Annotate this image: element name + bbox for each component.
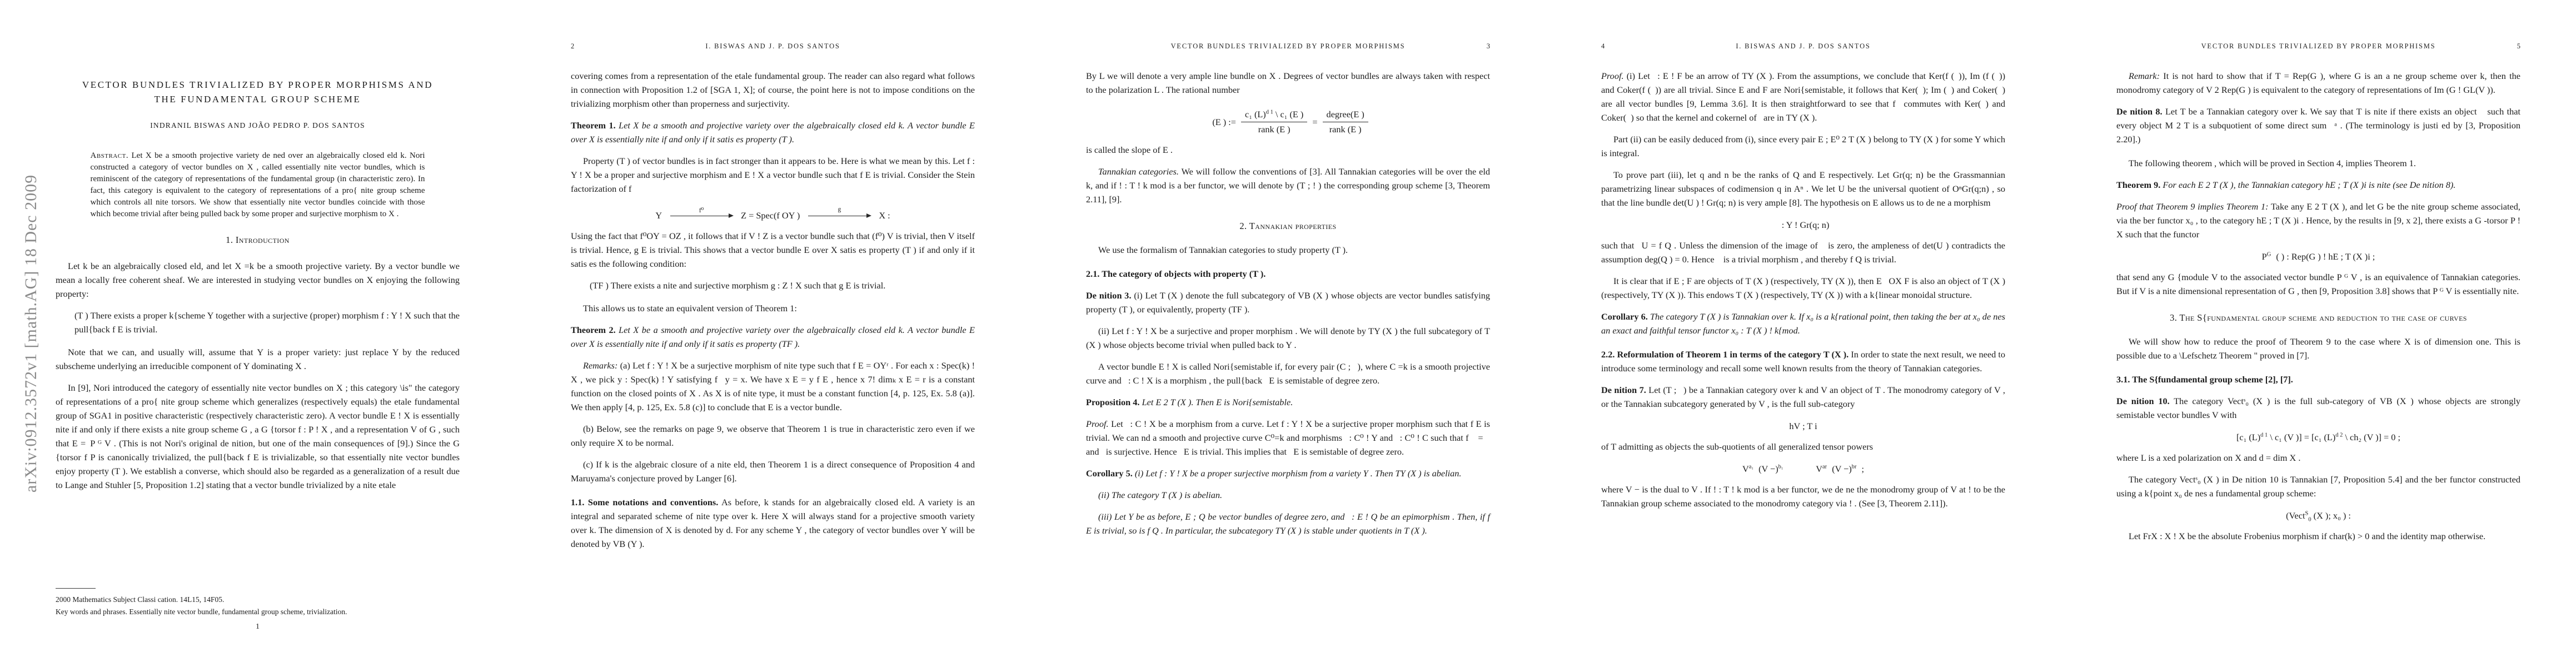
definition-label: De nition 8. bbox=[2116, 106, 2163, 117]
paragraph: covering comes from a representation of … bbox=[571, 69, 975, 111]
paragraph: By L we will denote a very ample line bu… bbox=[1086, 69, 1490, 97]
section-heading-s-fundamental: 3. The S{fundamental group scheme and re… bbox=[2116, 312, 2520, 323]
paragraph: Property (T ) of vector bundles is in fa… bbox=[571, 154, 975, 196]
lead-label: Tannakian categories. bbox=[1098, 166, 1179, 177]
definition-label: De nition 7. bbox=[1601, 385, 1646, 395]
paragraph: where L is a xed polarization on X and d… bbox=[2116, 451, 2520, 465]
text-run: [c₁ (L) bbox=[2236, 432, 2260, 442]
fraction: c₁ (L)d 1 \ c₁ (E ) rank (E ) bbox=[1241, 109, 1307, 135]
page-2: 2 I. BISWAS AND J. P. DOS SANTOS coverin… bbox=[515, 0, 1030, 667]
diagram-target: X : bbox=[879, 210, 890, 221]
proof: Proof. Let : C ! X be a morphism from a … bbox=[1086, 417, 1490, 459]
fraction-numerator: degree(E ) bbox=[1323, 109, 1368, 122]
property-t-item: (T ) There exists a proper k{scheme Y to… bbox=[56, 308, 460, 336]
fundamental-group-scheme-formula: (VectS0 (X ); x₀ ) : bbox=[2116, 510, 2520, 521]
remarks-label: Remarks: bbox=[583, 360, 617, 371]
definition-text: Let T be a Tannakian category over k. We… bbox=[2116, 106, 2520, 145]
paragraph: (b) Below, see the remarks on page 9, we… bbox=[571, 422, 975, 450]
functor-formula: PG ( ) : Rep(G ) ! hE ; T (X )i ; bbox=[2116, 251, 2520, 262]
arrow-label: f⁰ bbox=[697, 206, 705, 214]
corollary-6: Corollary 6. The category T (X ) is Tann… bbox=[1601, 310, 2005, 337]
footnote-msc: 2000 Mathematics Subject Classi cation. … bbox=[56, 594, 460, 606]
definition-text: Let (T ; ) be a Tannakian category over … bbox=[1601, 385, 2005, 409]
paper-title: VECTOR BUNDLES TRIVIALIZED BY PROPER MOR… bbox=[56, 78, 460, 107]
page-4: 4 I. BISWAS AND J. P. DOS SANTOS Proof. … bbox=[1546, 0, 2061, 667]
proof-label: Proof. bbox=[1601, 71, 1624, 81]
corollary-label: Corollary 6. bbox=[1601, 311, 1648, 322]
authors: INDRANIL BISWAS AND JOÃO PEDRO P. DOS SA… bbox=[56, 121, 460, 130]
exponent: br bbox=[1852, 464, 1857, 470]
proof: Proof. (i) Let : E ! F be an arrow of TY… bbox=[1601, 69, 2005, 125]
exponent: d 1 bbox=[1266, 109, 1273, 116]
section-heading-introduction: 1. Introduction bbox=[56, 235, 460, 246]
running-head: VECTOR BUNDLES TRIVIALIZED BY PROPER MOR… bbox=[1086, 42, 1490, 52]
running-head-title: VECTOR BUNDLES TRIVIALIZED BY PROPER MOR… bbox=[1086, 42, 1490, 51]
text-run: PG bbox=[2262, 251, 2271, 262]
remarks-text: (a) Let f : Y ! X be a surjective morphi… bbox=[571, 360, 975, 412]
definition-label: De nition 10. bbox=[2116, 396, 2170, 406]
paragraph: Tannakian categories. We will follow the… bbox=[1086, 165, 1490, 206]
subsection-label: 2.2. Reformulation of Theorem 1 in terms… bbox=[1601, 349, 1848, 360]
paragraph: Part (ii) can be easily deduced from (i)… bbox=[1601, 132, 2005, 160]
paragraph: (iii) Let Y be as before, E ; Q be vecto… bbox=[1086, 510, 1490, 537]
text-run: [c₁ (L)d 1 \ c₁ (V )] = [c₁ (L)d 2 \ ch₂… bbox=[2236, 432, 2400, 443]
exponent: S bbox=[2305, 511, 2309, 517]
slope-formula: (E ) := c₁ (L)d 1 \ c₁ (E ) rank (E ) = … bbox=[1086, 109, 1490, 135]
text-run: \ c₁ (V )] = [c₁ (L) bbox=[2268, 432, 2335, 442]
paragraph: is called the slope of E . bbox=[1086, 143, 1490, 157]
definition-text: (i) Let T (X ) denote the full subcatego… bbox=[1086, 290, 1490, 315]
paragraph: The category Vectˢ₀ (X ) in De nition 10… bbox=[2116, 472, 2520, 500]
theorem-2: Theorem 2. Let X be a smooth and project… bbox=[571, 323, 975, 351]
rho-formula: : Y ! Gr(q; n) bbox=[1601, 220, 2005, 231]
text-run: ; bbox=[1862, 464, 1865, 475]
fraction-numerator: c₁ (L)d 1 \ c₁ (E ) bbox=[1241, 109, 1307, 122]
subsection-1-1: 1.1. Some notations and conventions. As … bbox=[571, 495, 975, 551]
running-head-page-number: 3 bbox=[1487, 42, 1490, 51]
text-run: V bbox=[1816, 464, 1822, 474]
arxiv-watermark: arXiv:0912.3572v1 [math.AG] 18 Dec 2009 bbox=[8, 0, 54, 667]
page-number: 1 bbox=[56, 623, 460, 631]
exponent: b₁ bbox=[1778, 464, 1783, 470]
text-run: \ ch₂ (V )] = 0 ; bbox=[2343, 432, 2400, 442]
remarks-paragraph: Remarks: (a) Let f : Y ! X be a surjecti… bbox=[571, 359, 975, 414]
paragraph: Let k be an algebraically closed eld, an… bbox=[56, 259, 460, 301]
corollary-5: Corollary 5. (i) Let f : Y ! X be a prop… bbox=[1086, 466, 1490, 480]
footnote-block: 2000 Mathematics Subject Classi cation. … bbox=[56, 588, 460, 631]
text-run: P bbox=[2262, 251, 2267, 262]
text-run: (V −)br bbox=[1832, 464, 1856, 475]
exponent: a₁ bbox=[1749, 464, 1753, 470]
paragraph: such that U = f Q . Unless the dimension… bbox=[1601, 238, 2005, 266]
fraction-denominator: rank (E ) bbox=[1329, 122, 1362, 135]
chern-class-formula: [c₁ (L)d 1 \ c₁ (V )] = [c₁ (L)d 2 \ ch₂… bbox=[2116, 432, 2520, 443]
definition-7: De nition 7. Let (T ; ) be a Tannakian c… bbox=[1601, 383, 2005, 411]
paragraph: Using the fact that f⁰OY = OZ , it follo… bbox=[571, 229, 975, 271]
paragraph: Note that we can, and usually will, assu… bbox=[56, 345, 460, 373]
subscript: 0 bbox=[2308, 516, 2311, 522]
paragraph: We use the formalism of Tannakian catego… bbox=[1086, 243, 1490, 257]
arrow-label: g bbox=[836, 206, 843, 213]
text-run: (V −) bbox=[1758, 464, 1778, 474]
diagram-source: Y bbox=[655, 210, 662, 221]
corollary-text: (i) Let f : Y ! X be a proper surjective… bbox=[1135, 468, 1462, 479]
text-run: (X ); x₀ ) : bbox=[2314, 510, 2351, 521]
footnote-rule bbox=[56, 588, 96, 589]
proof-theorem-9: Proof that Theorem 9 implies Theorem 1: … bbox=[2116, 200, 2520, 241]
paragraph: that send any G {module V to the associa… bbox=[2116, 270, 2520, 298]
text-run: (V −) bbox=[1832, 464, 1852, 474]
corollary-label: Corollary 5. bbox=[1086, 468, 1133, 479]
subsection-3-1: 3.1. The S{fundamental group scheme [2],… bbox=[2116, 372, 2520, 386]
exponent: ar bbox=[1822, 464, 1827, 470]
subsection-label: 1.1. Some notations and conventions. bbox=[571, 497, 718, 507]
paragraph: (c) If k is the algebraic closure of a n… bbox=[571, 457, 975, 485]
paper-title-line-2: THE FUNDAMENTAL GROUP SCHEME bbox=[56, 92, 460, 107]
arrow-right-icon: g bbox=[808, 216, 870, 216]
theorem-label: Theorem 1. bbox=[571, 120, 616, 131]
running-head-page-number: 2 bbox=[571, 42, 574, 51]
paragraph: It is clear that if E ; F are objects of… bbox=[1601, 274, 2005, 302]
running-head: 4 I. BISWAS AND J. P. DOS SANTOS bbox=[1601, 42, 2005, 52]
arxiv-watermark-text: arXiv:0912.3572v1 [math.AG] 18 Dec 2009 bbox=[22, 175, 41, 492]
remark-paragraph: Remark: It is not hard to show that if T… bbox=[2116, 69, 2520, 97]
running-head: 2 I. BISWAS AND J. P. DOS SANTOS bbox=[571, 42, 975, 52]
exponent: G bbox=[2267, 252, 2271, 258]
paragraph: This allows us to state an equivalent ve… bbox=[571, 301, 975, 315]
theorem-text: Let X be a smooth and projective variety… bbox=[571, 120, 975, 145]
running-head-title: VECTOR BUNDLES TRIVIALIZED BY PROPER MOR… bbox=[2116, 42, 2520, 51]
subsection-2-2: 2.2. Reformulation of Theorem 1 in terms… bbox=[1601, 347, 2005, 375]
definition-label: De nition 3. bbox=[1086, 290, 1132, 301]
abstract: Abstract. Let X be a smooth projective v… bbox=[91, 150, 425, 220]
proof-label: Proof that Theorem 9 implies Theorem 1: bbox=[2116, 201, 2269, 212]
text-run: (V −)b₁ bbox=[1758, 464, 1783, 475]
remark-label: Remark: bbox=[2129, 71, 2160, 81]
theorem-label: Theorem 9. bbox=[2116, 180, 2160, 190]
equals-sign: = bbox=[1312, 117, 1317, 128]
paragraph: of T admitting as objects the sub-quotie… bbox=[1601, 440, 2005, 454]
running-head-title: I. BISWAS AND J. P. DOS SANTOS bbox=[571, 42, 975, 51]
property-tf-item: (TF ) There exists a nite and surjective… bbox=[571, 278, 975, 292]
diagram-middle: Z = Spec(f OY ) bbox=[741, 210, 800, 221]
paper-canvas: arXiv:0912.3572v1 [math.AG] 18 Dec 2009 … bbox=[0, 0, 2576, 667]
exponent: d 2 bbox=[2335, 432, 2343, 439]
definition-3: De nition 3. (i) Let T (X ) denote the f… bbox=[1086, 288, 1490, 316]
page-1: VECTOR BUNDLES TRIVIALIZED BY PROPER MOR… bbox=[0, 0, 515, 667]
footnote-keywords: Key words and phrases. Essentially nite … bbox=[56, 606, 460, 618]
corollary-text: The category T (X ) is Tannakian over k.… bbox=[1601, 311, 2005, 336]
proposition-label: Proposition 4. bbox=[1086, 397, 1140, 407]
theorem-text: For each E 2 T (X ), the Tannakian categ… bbox=[2163, 180, 2455, 190]
tensor-powers-formula: Va₁ (V −)b₁ Var (V −)br ; bbox=[1601, 464, 2005, 475]
arrow-right-icon: f⁰ bbox=[670, 216, 733, 216]
stein-factorization-diagram: Y f⁰ Z = Spec(f OY ) g X : bbox=[571, 210, 975, 221]
theorem-1: Theorem 1. Let X be a smooth and project… bbox=[571, 118, 975, 146]
exponent: d 1 bbox=[2260, 432, 2268, 439]
page-3: VECTOR BUNDLES TRIVIALIZED BY PROPER MOR… bbox=[1030, 0, 1546, 667]
text-run: \ c₁ (E ) bbox=[1273, 109, 1304, 120]
paragraph: (ii) Let f : Y ! X be a surjective and p… bbox=[1086, 324, 1490, 352]
proposition-text: Let E 2 T (X ). Then E is Nori{semistabl… bbox=[1142, 397, 1293, 407]
paragraph: To prove part (iii), let q and n be the … bbox=[1601, 168, 2005, 210]
text-run: (VectS0 (X ); x₀ ) : bbox=[2286, 510, 2351, 521]
gap bbox=[1788, 464, 1811, 475]
fraction: degree(E ) rank (E ) bbox=[1323, 109, 1368, 135]
text-run: (Vect bbox=[2286, 510, 2305, 521]
theorem-text: Let X be a smooth and projective variety… bbox=[571, 325, 975, 349]
page-5: VECTOR BUNDLES TRIVIALIZED BY PROPER MOR… bbox=[2061, 0, 2576, 667]
proposition-4: Proposition 4. Let E 2 T (X ). Then E is… bbox=[1086, 395, 1490, 409]
paragraph: where V − is the dual to V . If ! : T ! … bbox=[1601, 482, 2005, 510]
paragraph: A vector bundle E ! X is called Nori{sem… bbox=[1086, 360, 1490, 387]
remark-text: It is not hard to show that if T = Rep(G… bbox=[2116, 71, 2520, 95]
text-run: ( ) : Rep(G ) ! hE ; T (X )i ; bbox=[2276, 251, 2375, 262]
paragraph: Let FrX : X ! X be the absolute Frobeniu… bbox=[2116, 529, 2520, 543]
text-run: V bbox=[1742, 464, 1749, 474]
text-run: Va₁ bbox=[1742, 464, 1753, 475]
running-head-title: I. BISWAS AND J. P. DOS SANTOS bbox=[1601, 42, 2005, 51]
theorem-label: Theorem 2. bbox=[571, 325, 616, 335]
theorem-9: Theorem 9. For each E 2 T (X ), the Tann… bbox=[2116, 178, 2520, 192]
subsection-2-1: 2.1. The category of objects with proper… bbox=[1086, 267, 1490, 281]
running-head: VECTOR BUNDLES TRIVIALIZED BY PROPER MOR… bbox=[2116, 42, 2520, 52]
definition-10: De nition 10. The category Vectˢ₀ (X ) i… bbox=[2116, 394, 2520, 422]
proof-text: Let : C ! X be a morphism from a curve. … bbox=[1086, 419, 1490, 457]
monodromy-category-formula: hV ; T i bbox=[1601, 421, 2005, 432]
paragraph: (ii) The category T (X ) is abelian. bbox=[1086, 488, 1490, 502]
proof-text: (i) Let : E ! F be an arrow of TY (X ). … bbox=[1601, 71, 2005, 123]
definition-text: The category Vectˢ₀ (X ) is the full sub… bbox=[2116, 396, 2520, 420]
abstract-label: Abstract. bbox=[91, 151, 129, 160]
fraction-denominator: rank (E ) bbox=[1258, 122, 1291, 135]
paragraph: The following theorem , which will be pr… bbox=[2116, 156, 2520, 170]
definition-8: De nition 8. Let T be a Tannakian catego… bbox=[2116, 104, 2520, 146]
section-heading-tannakian: 2. Tannakian properties bbox=[1086, 221, 1490, 232]
text-run: c₁ (L) bbox=[1245, 109, 1266, 120]
paragraph: We will show how to reduce the proof of … bbox=[2116, 335, 2520, 362]
proof-label: Proof. bbox=[1086, 419, 1109, 429]
text-run: Var bbox=[1816, 464, 1827, 475]
paragraph: In [9], Nori introduced the category of … bbox=[56, 381, 460, 492]
abstract-text: Let X be a smooth projective variety de … bbox=[91, 151, 425, 218]
running-head-page-number: 5 bbox=[2517, 42, 2520, 51]
running-head-page-number: 4 bbox=[1601, 42, 1605, 51]
paper-title-line-1: VECTOR BUNDLES TRIVIALIZED BY PROPER MOR… bbox=[56, 78, 460, 92]
formula-lhs: (E ) := bbox=[1208, 117, 1236, 128]
